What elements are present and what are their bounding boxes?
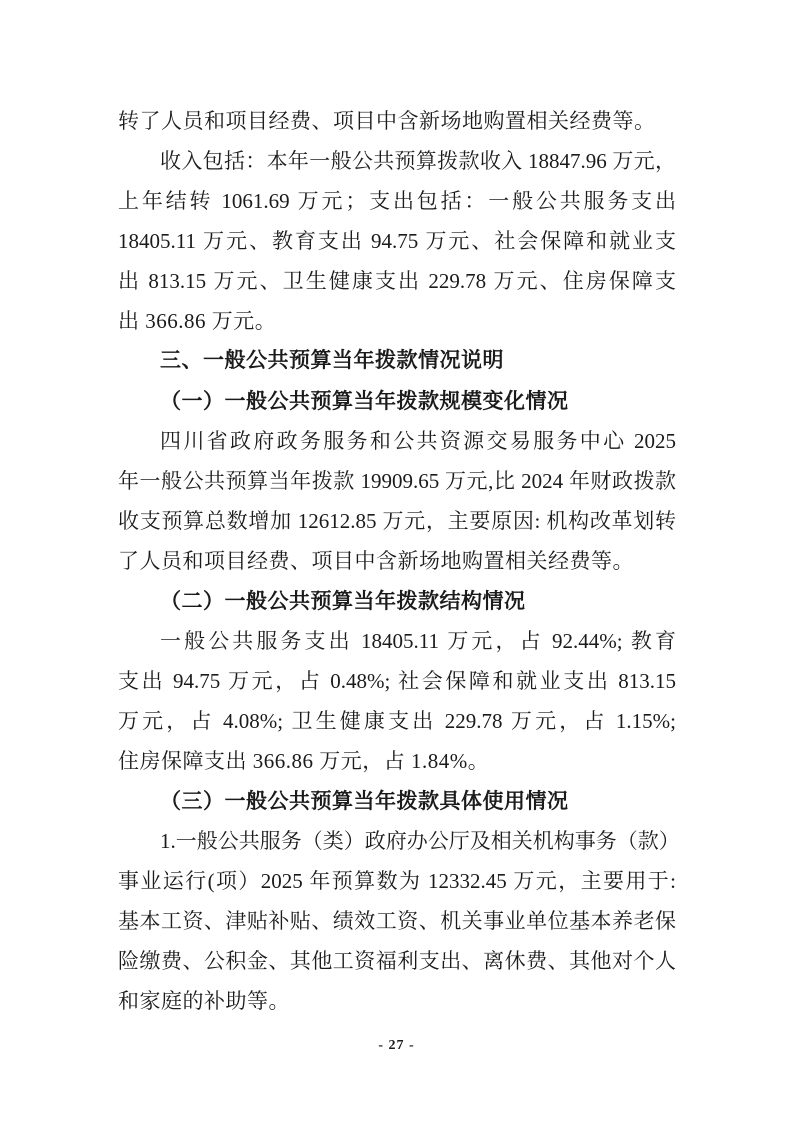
text-line: 事业运行(项）2025 年预算数为 12332.45 万元，主要用于: (118, 861, 676, 901)
text-line: 18405.11 万元、教育支出 94.75 万元、社会保障和就业支 (118, 221, 676, 261)
page-number: - 27 - (0, 1038, 793, 1054)
text-line: 一般公共服务支出 18405.11 万元，占 92.44%; 教育 (118, 621, 676, 661)
text-line: 基本工资、津贴补贴、绩效工资、机关事业单位基本养老保 (118, 901, 676, 941)
text-line: 出 366.86 万元。 (118, 301, 676, 341)
text-line: 收支预算总数增加 12612.85 万元，主要原因: 机构改革划转 (118, 501, 676, 541)
page-background: { "page": { "background": "#ffffff", "te… (0, 0, 793, 1122)
text-line: 了人员和项目经费、项目中含新场地购置相关经费等。 (118, 541, 676, 581)
text-line: （二）一般公共预算当年拨款结构情况 (118, 581, 676, 621)
document-body: 转了人员和项目经费、项目中含新场地购置相关经费等。收入包括：本年一般公共预算拨款… (118, 101, 676, 1021)
text-line: 四川省政府政务服务和公共资源交易服务中心 2025 (118, 421, 676, 461)
text-line: 住房保障支出 366.86 万元，占 1.84%。 (118, 741, 676, 781)
text-line: 转了人员和项目经费、项目中含新场地购置相关经费等。 (118, 101, 676, 141)
text-line: 万元，占 4.08%; 卫生健康支出 229.78 万元，占 1.15%; (118, 701, 676, 741)
text-line: （三）一般公共预算当年拨款具体使用情况 (118, 781, 676, 821)
text-line: 年一般公共预算当年拨款 19909.65 万元,比 2024 年财政拨款 (118, 461, 676, 501)
text-line: 三、一般公共预算当年拨款情况说明 (118, 341, 676, 381)
text-line: 和家庭的补助等。 (118, 981, 676, 1021)
text-line: 支出 94.75 万元，占 0.48%; 社会保障和就业支出 813.15 (118, 661, 676, 701)
text-line: 出 813.15 万元、卫生健康支出 229.78 万元、住房保障支 (118, 261, 676, 301)
text-line: 1.一般公共服务（类）政府办公厅及相关机构事务（款） (118, 821, 676, 861)
text-line: 收入包括：本年一般公共预算拨款收入 18847.96 万元， (118, 141, 676, 181)
text-line: 险缴费、公积金、其他工资福利支出、离休费、其他对个人 (118, 941, 676, 981)
text-line: （一）一般公共预算当年拨款规模变化情况 (118, 381, 676, 421)
document-page: 转了人员和项目经费、项目中含新场地购置相关经费等。收入包括：本年一般公共预算拨款… (0, 0, 793, 1122)
text-line: 上年结转 1061.69 万元；支出包括：一般公共服务支出 (118, 181, 676, 221)
